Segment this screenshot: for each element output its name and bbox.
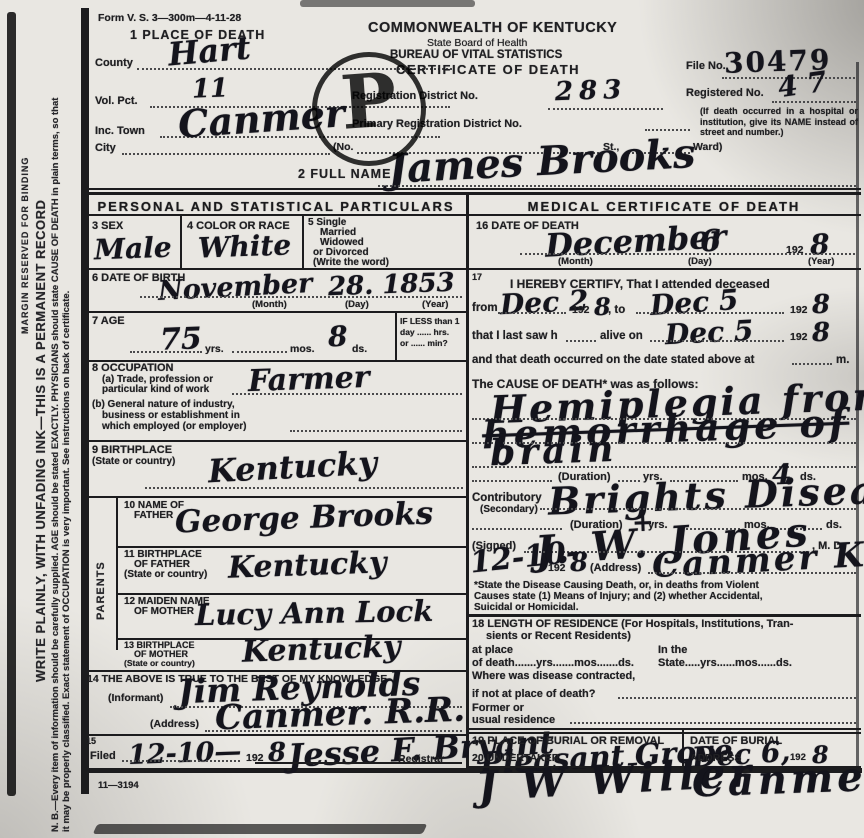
filed-item-number: 15 xyxy=(86,736,96,746)
inc-town-label: Inc. Town xyxy=(95,125,145,137)
dotted-leader xyxy=(140,296,462,298)
full-name-label: 2 FULL NAME xyxy=(298,167,391,181)
row-border xyxy=(469,268,861,270)
sign-address-label: (Address) xyxy=(590,562,641,574)
race-value: White xyxy=(197,228,291,264)
birthplace-label: 9 BIRTHPLACE xyxy=(92,444,172,456)
dotted-leader xyxy=(520,253,855,255)
secondary-caption: (Secondary) xyxy=(480,504,538,515)
age-mos-caption: mos. xyxy=(290,343,315,355)
mother-name-label: OF MOTHER xyxy=(134,606,194,617)
occupation-b-label: (b) General nature of industry, xyxy=(92,399,235,410)
dotted-leader xyxy=(636,312,784,314)
rule-line xyxy=(469,732,861,734)
certify-item-number: 17 xyxy=(472,272,482,282)
if-less-note: or ...... min? xyxy=(400,338,448,348)
dotted-leader xyxy=(130,351,202,353)
contributory-label: Contributory xyxy=(472,492,542,504)
mother-name-value: Lucy Ann Lock xyxy=(195,594,434,632)
registered-no-label: Registered No. xyxy=(686,87,764,99)
board-subtitle: State Board of Health xyxy=(427,37,527,49)
parents-label: PARENTS xyxy=(95,530,107,620)
last-saw-year: 8 xyxy=(811,318,830,349)
month-caption: (Month) xyxy=(558,256,593,267)
dotted-leader xyxy=(566,340,596,342)
mother-birthplace-value: Kentucky xyxy=(241,629,401,670)
residence-label: 18 LENGTH OF RESIDENCE (For Hospitals, I… xyxy=(472,618,793,630)
last-saw-label: that I last saw h xyxy=(472,330,558,342)
dotted-leader xyxy=(472,480,552,482)
undertaker-address-value: Canmer xyxy=(691,753,864,807)
filed-year-value: 8 xyxy=(267,738,286,769)
duration2-ds: ds. xyxy=(826,519,842,531)
residence-label: sients or Recent Residents) xyxy=(486,630,631,642)
file-no-label: File No. xyxy=(686,60,726,72)
county-value: Hart xyxy=(167,28,253,73)
occupation-label: 8 OCCUPATION xyxy=(92,362,174,374)
to-label: , to xyxy=(608,304,625,316)
in-the-label: In the xyxy=(658,644,687,656)
row-border xyxy=(85,440,466,442)
scan-artifact-top xyxy=(300,0,475,7)
marital-write-word: (Write the word) xyxy=(313,257,389,268)
father-birthplace-value: Kentucky xyxy=(227,545,387,586)
dotted-leader xyxy=(232,351,287,353)
dotted-leader xyxy=(472,466,856,468)
cell-divider xyxy=(395,311,397,361)
commonwealth-title: COMMONWEALTH OF KENTUCKY xyxy=(368,20,617,36)
occupation-a-label: particular kind of work xyxy=(102,384,209,395)
personal-section-title: PERSONAL AND STATISTICAL PARTICULARS xyxy=(88,199,464,214)
rule-line xyxy=(85,192,861,195)
column-divider xyxy=(466,192,469,770)
cell-divider xyxy=(180,216,182,268)
row-border xyxy=(85,311,466,313)
dotted-leader xyxy=(145,487,463,489)
dotted-leader xyxy=(122,153,330,155)
rule-line xyxy=(469,614,861,617)
from-192: 192 xyxy=(572,304,590,316)
p-stamp-letter: P xyxy=(338,57,400,147)
registration-district-value: 283 xyxy=(554,75,627,108)
informant-address-label: (Address) xyxy=(150,718,199,730)
full-name-value: James Brooks xyxy=(387,130,697,193)
day-caption: (Day) xyxy=(345,299,369,310)
dotted-leader xyxy=(570,722,856,724)
former-residence-label: Former or xyxy=(472,702,524,714)
mother-birthplace-caption: (State or country) xyxy=(124,658,195,668)
father-birthplace-caption: (State or country) xyxy=(124,569,207,580)
dotted-leader xyxy=(122,760,240,762)
age-label: 7 AGE xyxy=(92,315,125,327)
dob-month-value: November xyxy=(157,268,313,307)
if-less-note: IF LESS than 1 xyxy=(400,316,460,326)
violent-death-footnote: Causes state (1) Means of Injury; and (2… xyxy=(474,591,763,602)
attended-to-year: 8 xyxy=(811,290,830,321)
birthplace-value: Kentucky xyxy=(207,444,378,491)
dotted-leader xyxy=(232,393,462,395)
certificate-title: CERTIFICATE OF DEATH xyxy=(396,62,580,77)
age-days-value: 8 xyxy=(327,320,348,354)
dotted-leader xyxy=(378,185,856,187)
scan-artifact-bottom xyxy=(93,824,428,834)
dotted-leader xyxy=(650,340,784,342)
death-certificate-scan: MARGIN RESERVED FOR BINDING WRITE PLAINL… xyxy=(0,0,864,838)
at-place-label: at place xyxy=(472,644,513,656)
city-label: City xyxy=(95,142,116,154)
father-name-value: George Brooks xyxy=(174,496,433,541)
to-192: 192 xyxy=(790,304,808,316)
county-label: County xyxy=(95,57,133,69)
hospital-note: (If death occurred in a hospital or inst… xyxy=(700,106,858,138)
rule-line xyxy=(469,214,861,216)
bureau-subtitle: BUREAU OF VITAL STATISTICS xyxy=(390,49,562,61)
rule-line xyxy=(469,728,861,730)
age-ds-caption: ds. xyxy=(352,343,367,355)
informant-label: (Informant) xyxy=(108,692,163,704)
disease-contracted-label: Where was disease contracted, xyxy=(472,670,635,682)
of-death-duration-line: of death.......yrs.......mos.......ds. xyxy=(472,657,634,669)
violent-death-footnote: Suicidal or Homicidal. xyxy=(474,602,578,613)
alive-on-label: alive on xyxy=(600,330,643,342)
last-saw-192: 192 xyxy=(790,331,808,343)
registered-no-value: 4 7 xyxy=(776,65,829,104)
sex-value: Male xyxy=(93,231,172,267)
dotted-leader xyxy=(618,697,856,699)
from-label: from xyxy=(472,302,498,314)
margin-binding-text: MARGIN RESERVED FOR BINDING xyxy=(20,55,30,435)
dotted-leader xyxy=(498,312,566,314)
cell-divider xyxy=(302,216,304,268)
occupation-b-label: which employed (or employer) xyxy=(102,421,246,432)
death-occurred-label: and that death occurred on the date stat… xyxy=(472,354,754,366)
margin-write-plainly-text: WRITE PLAINLY, WITH UNFADING INK—THIS IS… xyxy=(33,55,48,827)
parents-inner-border xyxy=(116,496,118,650)
former-residence-label: usual residence xyxy=(472,714,555,726)
violent-death-footnote: *State the Disease Causing Death, or, in… xyxy=(474,580,759,591)
registrar-label: Registrar xyxy=(398,753,444,765)
year-caption: (Year) xyxy=(422,299,448,310)
p-stamp: P xyxy=(312,52,426,166)
age-yrs-caption: yrs. xyxy=(205,343,224,355)
state-duration-line: State.....yrs......mos......ds. xyxy=(658,657,792,669)
dotted-leader xyxy=(290,430,462,432)
month-caption: (Month) xyxy=(252,299,287,310)
year-caption: (Year) xyxy=(808,256,834,267)
form-code: Form V. S. 3—300m—4-11-28 xyxy=(98,12,241,24)
dotted-leader xyxy=(792,363,832,365)
filed-label: Filed xyxy=(90,750,116,762)
occupation-b-label: business or establishment in xyxy=(102,410,240,421)
day-caption: (Day) xyxy=(688,256,712,267)
vol-pct-label: Vol. Pct. xyxy=(95,95,138,107)
street-ward: Ward) xyxy=(693,141,722,153)
sign-192: 192 xyxy=(548,562,566,574)
dotted-leader xyxy=(648,572,856,574)
margin-nb-text: N. B.—Every item of information should b… xyxy=(50,90,82,832)
print-code: 11—3194 xyxy=(98,780,139,791)
medical-section-title: MEDICAL CERTIFICATE OF DEATH xyxy=(470,199,858,214)
dotted-leader xyxy=(548,108,663,110)
father-name-label: FATHER xyxy=(134,510,173,521)
disease-contracted-label: if not at place of death? xyxy=(472,688,595,700)
sex-label: 3 SEX xyxy=(92,220,123,232)
death-occurred-m: m. xyxy=(836,354,849,366)
if-less-note: day ...... hrs. xyxy=(400,327,449,337)
rule-line xyxy=(85,214,466,216)
last-saw-date: Dec 5 xyxy=(664,314,754,352)
dotted-leader xyxy=(772,101,856,103)
filed-date-value: 12-10— xyxy=(127,736,241,771)
binding-bar xyxy=(7,12,16,796)
row-border xyxy=(116,546,466,548)
birthplace-state-caption: (State or country) xyxy=(92,456,175,467)
sign-year-value: 8 xyxy=(569,548,588,579)
